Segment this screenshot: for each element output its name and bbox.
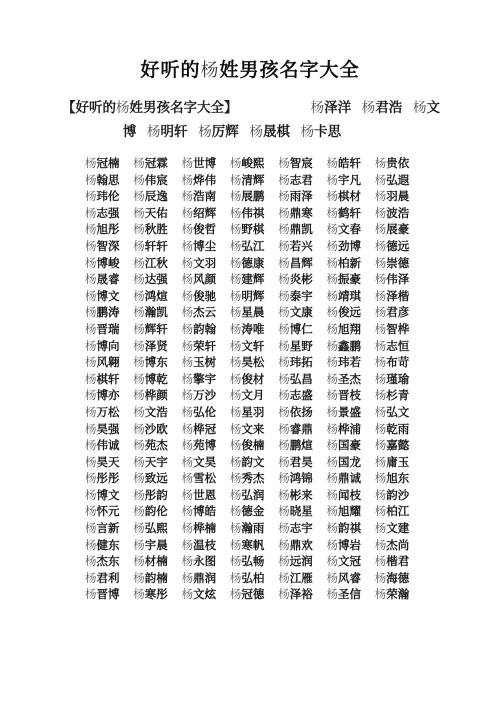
name-item: 杨昌辉	[278, 255, 326, 272]
name-item: 杨瑾瑜	[375, 371, 423, 388]
name-item: 杨弘文	[375, 404, 423, 421]
name-item: 杨文春	[326, 221, 374, 238]
name-item: 杨君彦	[375, 304, 423, 321]
name-item: 杨韵翰	[182, 321, 230, 338]
name-item: 杨苑杰	[133, 437, 181, 454]
name-item: 杨泽贤	[133, 338, 181, 355]
name-item: 杨布苛	[375, 354, 423, 371]
name-item: 杨弘遐	[375, 172, 423, 189]
name-item: 杨韵伦	[133, 503, 181, 520]
name-item: 杨桦浦	[326, 421, 374, 438]
names-grid: 杨冠楠杨冠霖杨世博杨峻熙杨智宸杨皓轩杨贵依杨翰思杨伟宸杨烨伟杨清辉杨志君杨宇凡杨…	[85, 155, 423, 603]
name-item: 杨俊材	[230, 371, 278, 388]
name-item: 杨博文	[85, 288, 133, 305]
name-item: 杨桦楠	[182, 520, 230, 537]
name-item: 杨博向	[85, 338, 133, 355]
name-item: 杨弘昌	[278, 371, 326, 388]
name-item: 杨伟宸	[133, 172, 181, 189]
name-item: 杨闻枝	[326, 487, 374, 504]
name-item: 杨志君	[278, 172, 326, 189]
name-item: 杨冠德	[230, 586, 278, 603]
name-item: 杨彤彤	[85, 470, 133, 487]
name-item: 杨宇晨	[133, 537, 181, 554]
intro-line-1: 【好听的杨姓男孩名字大全】 杨泽洋 杨君浩 杨文	[62, 98, 440, 119]
name-item: 杨乾雨	[375, 421, 423, 438]
name-item: 杨怀元	[85, 503, 133, 520]
name-item: 杨世恩	[182, 487, 230, 504]
intro-paragraph: 【好听的杨姓男孩名字大全】 杨泽洋 杨君浩 杨文 博 杨明轩 杨厉辉 杨晟棋 杨…	[62, 98, 440, 143]
name-item: 杨棋轩	[85, 371, 133, 388]
name-item: 杨楷君	[375, 553, 423, 570]
name-item: 杨宇凡	[326, 172, 374, 189]
name-item: 杨博乾	[133, 371, 181, 388]
name-item: 杨浩南	[182, 188, 230, 205]
name-item: 杨智桦	[375, 321, 423, 338]
name-item: 杨鸿煊	[133, 288, 181, 305]
name-item: 杨文建	[375, 520, 423, 537]
name-item: 杨鹏涛	[85, 304, 133, 321]
name-item: 杨沙欧	[133, 421, 181, 438]
name-item: 杨炎彬	[278, 271, 326, 288]
name-item: 杨江秋	[133, 255, 181, 272]
intro-sample-names-line2: 博 杨明轩 杨厉辉 杨晟棋 杨卡思	[62, 122, 440, 143]
name-item: 杨志恒	[375, 338, 423, 355]
name-item: 杨鹏煊	[278, 437, 326, 454]
name-item: 杨志盛	[278, 387, 326, 404]
name-item: 杨材楠	[133, 553, 181, 570]
name-item: 杨瀚雨	[230, 520, 278, 537]
name-item: 杨德金	[230, 503, 278, 520]
name-item: 杨星野	[278, 338, 326, 355]
name-item: 杨健东	[85, 537, 133, 554]
name-item: 杨杉青	[375, 387, 423, 404]
name-item: 杨鼎润	[182, 570, 230, 587]
name-item: 杨旭翔	[326, 321, 374, 338]
name-item: 杨泽裕	[278, 586, 326, 603]
name-item: 杨桦颜	[133, 387, 181, 404]
name-item: 杨志强	[85, 205, 133, 222]
name-item: 杨韵文	[230, 454, 278, 471]
name-item: 杨弘畅	[230, 553, 278, 570]
name-item: 杨玮若	[326, 354, 374, 371]
name-item: 杨烨伟	[182, 172, 230, 189]
name-item: 杨言新	[85, 520, 133, 537]
name-item: 杨昊松	[230, 354, 278, 371]
name-item: 杨圣信	[326, 586, 374, 603]
name-item: 杨秋胜	[133, 221, 181, 238]
name-item: 杨波浩	[375, 205, 423, 222]
name-item: 杨文轩	[230, 338, 278, 355]
name-item: 杨晋枝	[326, 387, 374, 404]
name-item: 杨文冠	[326, 553, 374, 570]
name-item: 杨振豪	[326, 271, 374, 288]
name-item: 杨海德	[375, 570, 423, 587]
name-item: 杨柏新	[326, 255, 374, 272]
name-item: 杨远润	[278, 553, 326, 570]
name-item: 杨泽楷	[375, 288, 423, 305]
name-item: 杨景盛	[326, 404, 374, 421]
name-item: 杨轩轩	[133, 238, 181, 255]
name-item: 杨文羽	[182, 255, 230, 272]
name-item: 杨峻熙	[230, 155, 278, 172]
name-item: 杨睿鼎	[278, 421, 326, 438]
name-item: 杨昊天	[85, 454, 133, 471]
name-item: 杨野棋	[230, 221, 278, 238]
name-item: 杨万沙	[182, 387, 230, 404]
name-item: 杨鼎凯	[278, 221, 326, 238]
name-item: 杨达强	[133, 271, 181, 288]
name-item: 杨玮拓	[278, 354, 326, 371]
name-item: 杨俊驰	[182, 288, 230, 305]
name-item: 杨荣瀚	[375, 586, 423, 603]
name-item: 杨弘伦	[182, 404, 230, 421]
name-item: 杨志宇	[278, 520, 326, 537]
name-item: 杨博东	[133, 354, 181, 371]
name-item: 杨劲博	[326, 238, 374, 255]
name-item: 杨鸿锦	[278, 470, 326, 487]
name-item: 杨伟泽	[375, 271, 423, 288]
name-item: 杨弘熙	[133, 520, 181, 537]
name-item: 杨天佑	[133, 205, 181, 222]
name-item: 杨杰尚	[375, 537, 423, 554]
name-item: 杨清辉	[230, 172, 278, 189]
name-item: 杨鼎诚	[326, 470, 374, 487]
name-item: 杨彤韵	[133, 487, 181, 504]
name-item: 杨明辉	[230, 288, 278, 305]
name-item: 杨弘润	[230, 487, 278, 504]
name-item: 杨鼎寒	[278, 205, 326, 222]
name-item: 杨涛唯	[230, 321, 278, 338]
name-item: 杨国龙	[326, 454, 374, 471]
name-item: 杨靖琪	[326, 288, 374, 305]
name-item: 杨鑫鹏	[326, 338, 374, 355]
name-item: 杨贵依	[375, 155, 423, 172]
name-item: 杨翰思	[85, 172, 133, 189]
name-item: 杨昊强	[85, 421, 133, 438]
name-item: 杨博峻	[85, 255, 133, 272]
name-item: 杨永图	[182, 553, 230, 570]
name-item: 杨晓星	[278, 503, 326, 520]
name-item: 杨冠楠	[85, 155, 133, 172]
name-item: 杨玉树	[182, 354, 230, 371]
name-item: 杨展鹏	[230, 188, 278, 205]
name-item: 杨文炫	[182, 586, 230, 603]
name-item: 杨辰逸	[133, 188, 181, 205]
name-item: 杨博岩	[326, 537, 374, 554]
name-item: 杨君昊	[278, 454, 326, 471]
name-item: 杨博仁	[278, 321, 326, 338]
name-item: 杨绍辉	[182, 205, 230, 222]
name-item: 杨文月	[230, 387, 278, 404]
name-item: 杨德远	[375, 238, 423, 255]
name-item: 杨雨泽	[278, 188, 326, 205]
name-item: 杨鹤轩	[326, 205, 374, 222]
name-item: 杨智宸	[278, 155, 326, 172]
name-item: 杨旭彤	[85, 221, 133, 238]
name-item: 杨君利	[85, 570, 133, 587]
name-item: 杨晋博	[85, 586, 133, 603]
name-item: 杨辉轩	[133, 321, 181, 338]
name-item: 杨韵楠	[133, 570, 181, 587]
name-item: 杨若兴	[278, 238, 326, 255]
name-item: 杨万松	[85, 404, 133, 421]
name-item: 杨风翱	[85, 354, 133, 371]
name-item: 杨晟睿	[85, 271, 133, 288]
name-item: 杨皓轩	[326, 155, 374, 172]
intro-bracket-heading: 【好听的杨姓男孩名字大全】	[62, 98, 238, 119]
name-item: 杨伟诚	[85, 437, 133, 454]
name-item: 杨伟祺	[230, 205, 278, 222]
name-item: 杨文康	[278, 304, 326, 321]
name-item: 杨泰宇	[278, 288, 326, 305]
name-item: 杨世博	[182, 155, 230, 172]
name-item: 杨致远	[133, 470, 181, 487]
name-item: 杨旭耀	[326, 503, 374, 520]
name-item: 杨崇德	[375, 255, 423, 272]
name-item: 杨秀杰	[230, 470, 278, 487]
name-item: 杨国豪	[326, 437, 374, 454]
name-item: 杨博亦	[85, 387, 133, 404]
name-item: 杨苑博	[182, 437, 230, 454]
name-item: 杨圣杰	[326, 371, 374, 388]
name-item: 杨博皓	[182, 503, 230, 520]
name-item: 杨寒彤	[133, 586, 181, 603]
name-item: 杨江雁	[278, 570, 326, 587]
name-item: 杨温枝	[182, 537, 230, 554]
name-item: 杨韵祺	[326, 520, 374, 537]
name-item: 杨晋瑞	[85, 321, 133, 338]
name-item: 杨冠霖	[133, 155, 181, 172]
name-item: 杨棋材	[326, 188, 374, 205]
page-title: 好听的杨姓男孩名字大全	[0, 0, 500, 83]
name-item: 杨德康	[230, 255, 278, 272]
name-item: 杨俊楠	[230, 437, 278, 454]
name-item: 杨寒帆	[230, 537, 278, 554]
name-item: 杨韵沙	[375, 487, 423, 504]
name-item: 杨杰东	[85, 553, 133, 570]
name-item: 杨嘉懿	[375, 437, 423, 454]
name-item: 杨星晨	[230, 304, 278, 321]
name-item: 杨博文	[85, 487, 133, 504]
name-item: 杨文来	[230, 421, 278, 438]
name-item: 杨鼎欢	[278, 537, 326, 554]
name-item: 杨雪松	[182, 470, 230, 487]
document-page: 好听的杨姓男孩名字大全 【好听的杨姓男孩名字大全】 杨泽洋 杨君浩 杨文 博 杨…	[0, 0, 500, 708]
name-item: 杨天宇	[133, 454, 181, 471]
name-item: 杨羽晨	[375, 188, 423, 205]
name-item: 杨文昊	[182, 454, 230, 471]
name-item: 杨风颜	[182, 271, 230, 288]
name-item: 杨旭东	[375, 470, 423, 487]
name-item: 杨依扬	[278, 404, 326, 421]
name-item: 杨彬来	[278, 487, 326, 504]
name-item: 杨荣轩	[182, 338, 230, 355]
name-item: 杨弘柏	[230, 570, 278, 587]
name-item: 杨桦冠	[182, 421, 230, 438]
name-item: 杨智深	[85, 238, 133, 255]
name-item: 杨风睿	[326, 570, 374, 587]
name-item: 杨柏江	[375, 503, 423, 520]
name-item: 杨玮伦	[85, 188, 133, 205]
name-item: 杨俊哲	[182, 221, 230, 238]
name-item: 杨展豪	[375, 221, 423, 238]
name-item: 杨建辉	[230, 271, 278, 288]
name-item: 杨擎宇	[182, 371, 230, 388]
intro-sample-names-line1: 杨泽洋 杨君浩 杨文	[311, 98, 440, 119]
name-item: 杨弘江	[230, 238, 278, 255]
name-item: 杨庸玉	[375, 454, 423, 471]
name-item: 杨俊远	[326, 304, 374, 321]
name-item: 杨星羽	[230, 404, 278, 421]
name-item: 杨杰云	[182, 304, 230, 321]
name-item: 杨博尘	[182, 238, 230, 255]
name-item: 杨文浩	[133, 404, 181, 421]
name-item: 杨瀚凯	[133, 304, 181, 321]
